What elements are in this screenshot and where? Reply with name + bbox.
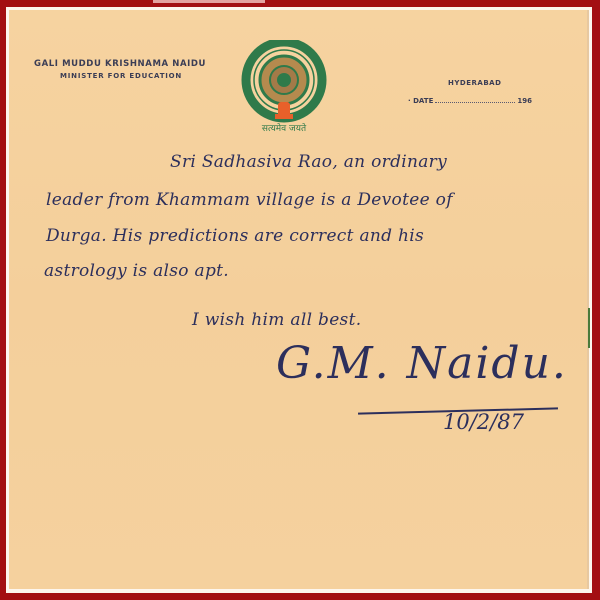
body-line-3: Durga. His predictions are correct and h… <box>46 226 424 246</box>
closing-line: I wish him all best. <box>192 310 361 330</box>
body-line-1: Sri Sadhasiva Rao, an ordinary <box>170 152 447 172</box>
signature-date: 10/2/87 <box>443 410 524 434</box>
letterhead-name: GALI MUDDU KRISHNAMA NAIDU <box>34 59 206 69</box>
date-label: DATE <box>413 97 433 105</box>
svg-text:सत्यमेव जयते: सत्यमेव जयते <box>262 122 307 134</box>
date-field: · DATE 196 <box>408 96 532 105</box>
date-dotted-line <box>435 96 515 103</box>
body-line-4: astrology is also apt. <box>44 261 229 281</box>
letterhead-title: MINISTER FOR EDUCATION <box>60 72 182 80</box>
andhra-pradesh-government-emblem-icon: सत्यमेव जयते <box>238 40 330 134</box>
letterhead-city: HYDERABAD <box>448 79 501 87</box>
body-line-2: leader from Khammam village is a Devotee… <box>46 190 453 210</box>
signature: G.M. Naidu. <box>276 338 568 389</box>
date-suffix: 196 <box>517 97 532 105</box>
edge-mark <box>588 308 590 348</box>
top-tab-strip <box>153 0 265 3</box>
